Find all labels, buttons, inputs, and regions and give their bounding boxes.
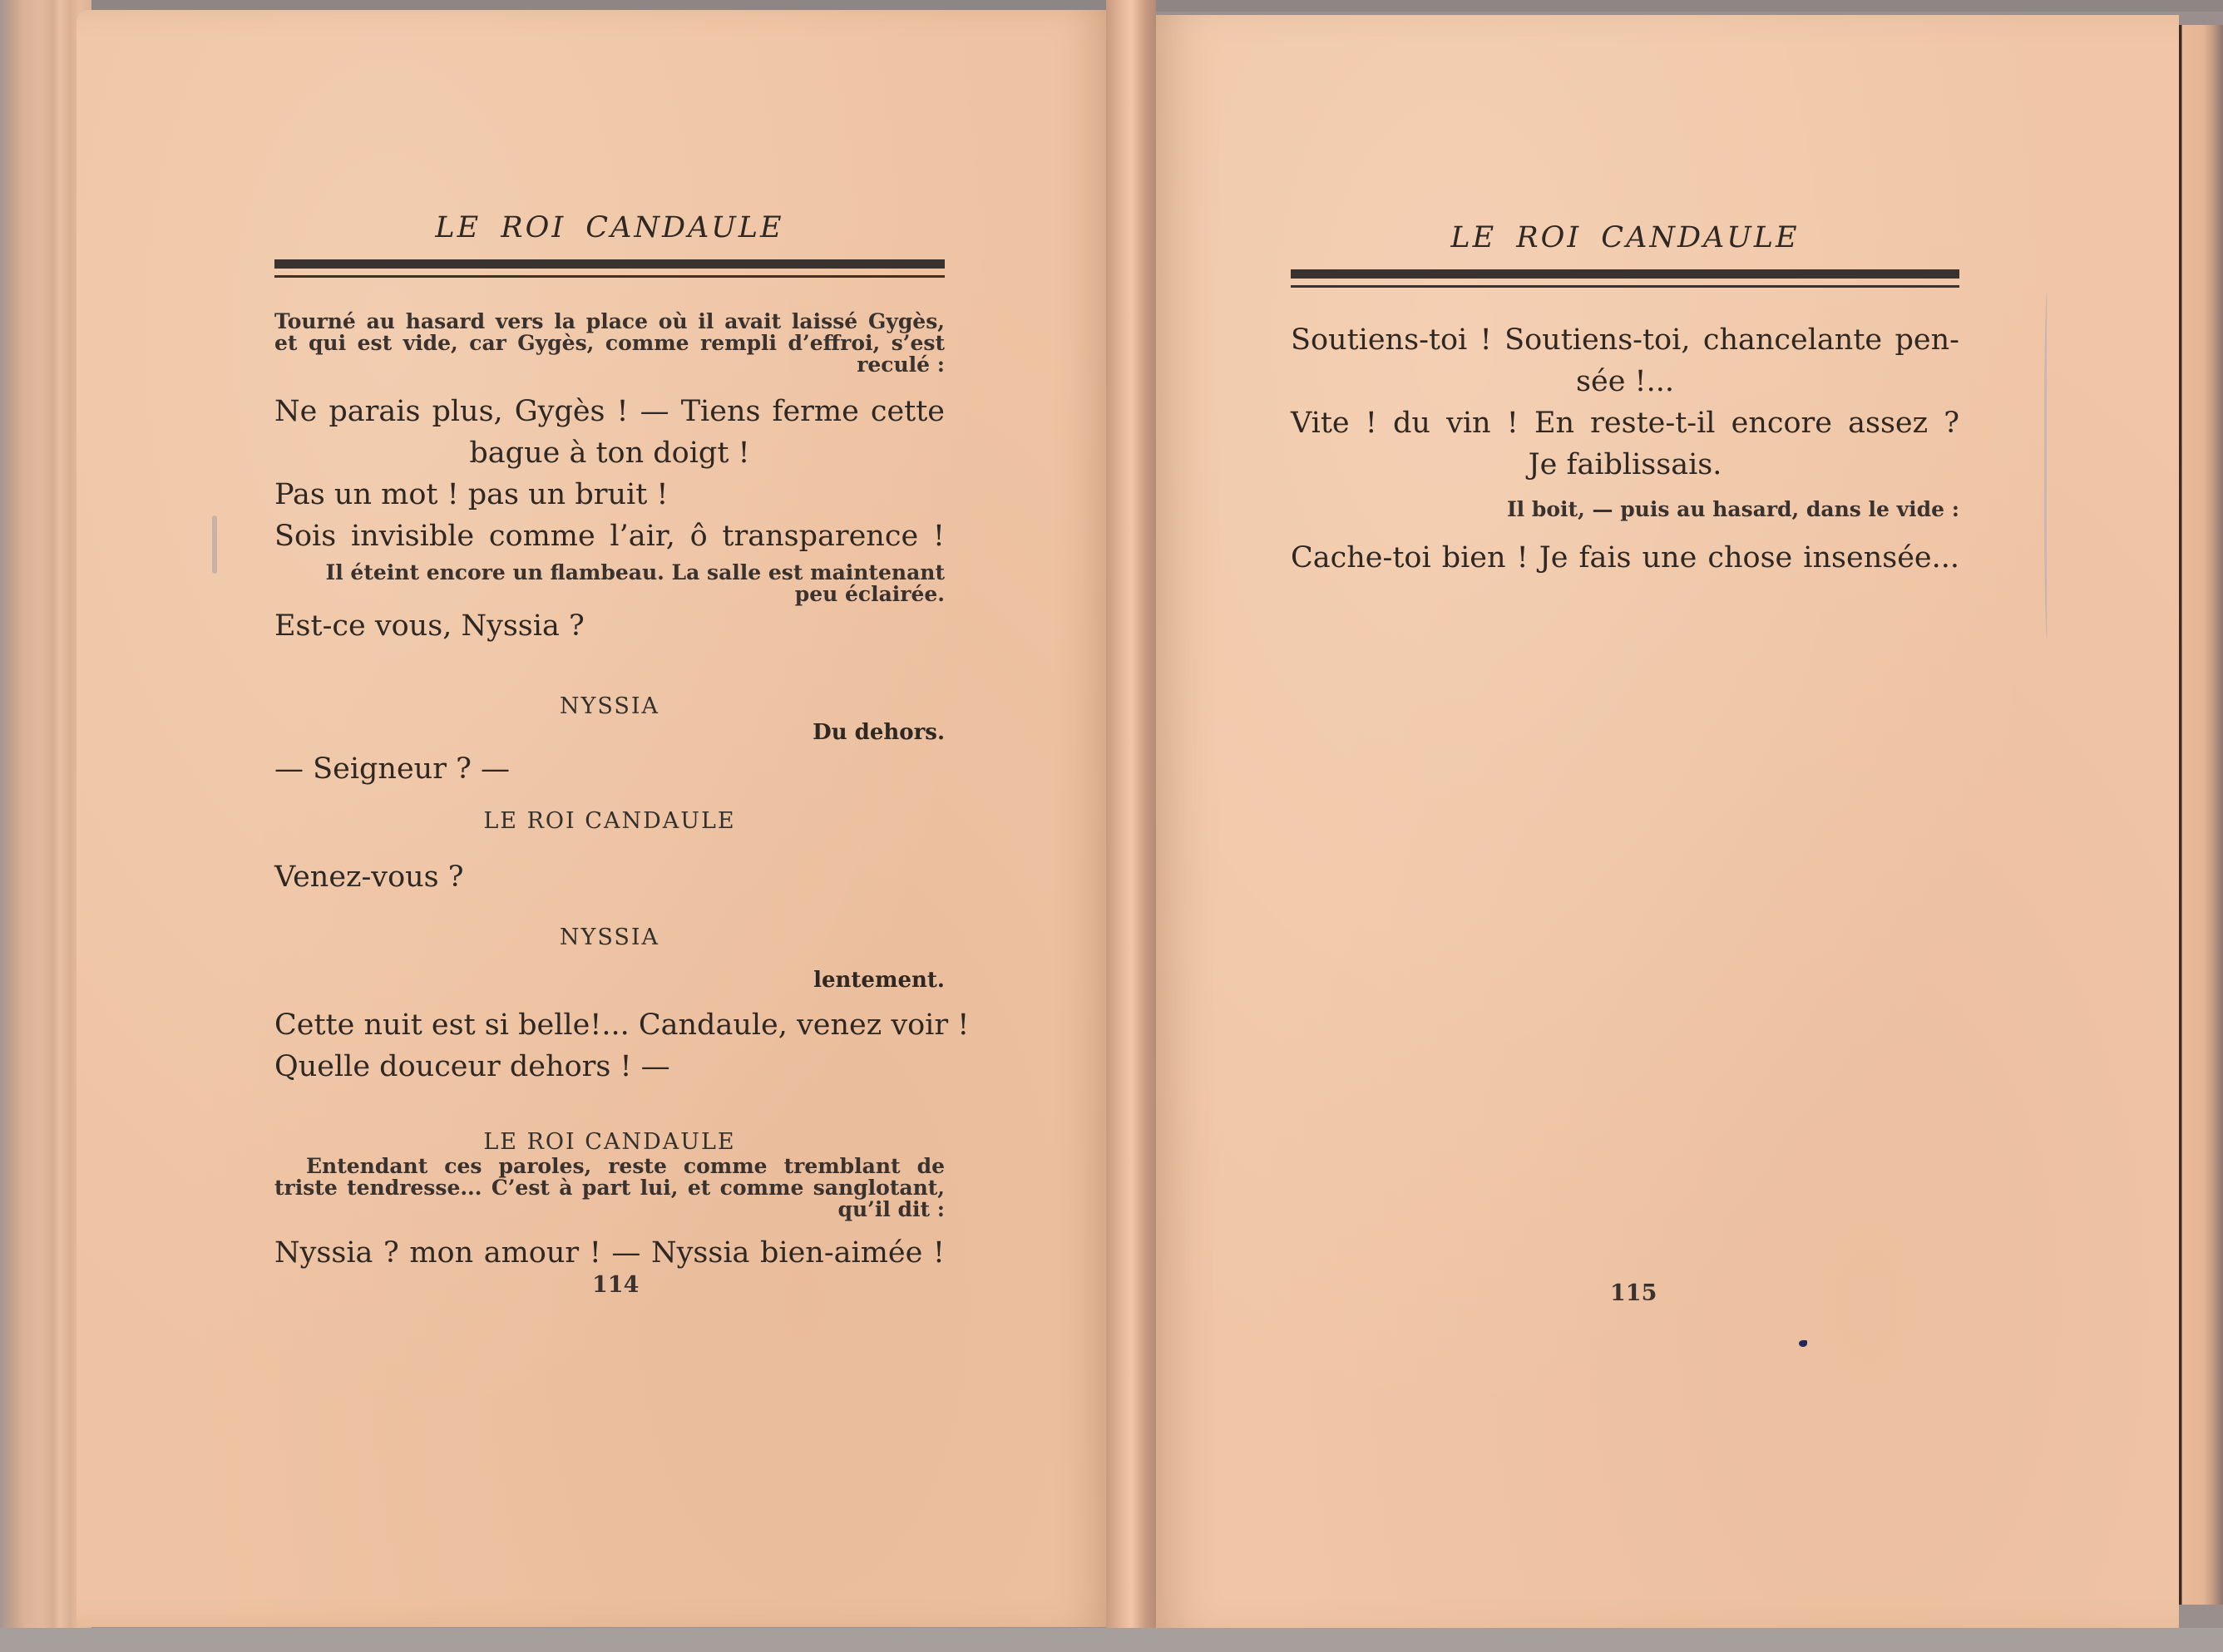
stage-direction: Il éteint encore un flambeau. La salle e… [274, 562, 945, 605]
stage-direction: Entendant ces paroles, reste comme tremb… [274, 1156, 945, 1221]
verse-line: Sois invisible comme l’air, ô transparen… [274, 515, 945, 557]
header-rule-thick [1291, 269, 1959, 279]
header-rule-thick [274, 259, 945, 269]
pencil-mark-left [212, 515, 217, 574]
verse-line-continuation: bague à ton doigt ! [274, 432, 945, 474]
stage-direction: Tourné au hasard vers la place où il ava… [274, 311, 945, 376]
page-number: 115 [1610, 1280, 1657, 1306]
page-stack-edges-right [2179, 25, 2223, 1605]
stage-direction: Il boit, — puis au hasard, dans le vide … [1291, 499, 1959, 520]
verse-line: Soutiens-toi ! Soutiens-toi, chancelante… [1291, 319, 1959, 361]
running-head: LE ROI CANDAULE [1291, 218, 1959, 258]
right-page-text: LE ROI CANDAULE Soutiens-toi ! Soutiens-… [1291, 218, 1959, 579]
stage-direction: Du dehors. [274, 720, 945, 745]
scan-background-bottom [0, 1628, 2223, 1652]
left-page-text: LE ROI CANDAULE Tourné au hasard vers la… [274, 208, 945, 1274]
verse-line: Vite ! du vin ! En reste-t-il encore ass… [1291, 402, 1959, 444]
verse-line: Venez-vous ? [274, 856, 945, 898]
verse-line: Cette nuit est si belle!... Candaule, ve… [274, 1004, 945, 1046]
verse-line: Cache-toi bien ! Je fais une chose insen… [1291, 537, 1959, 579]
verse-line: Quelle douceur dehors ! — [274, 1046, 945, 1087]
verse-line-continuation: sée !... [1291, 361, 1959, 402]
header-rule-thin [274, 275, 945, 278]
speaker-name: NYSSIA [274, 693, 945, 720]
book-gutter [1106, 0, 1156, 1652]
pencil-mark-right [2044, 291, 2052, 640]
verse-line-continuation: Je faiblissais. [1291, 444, 1959, 486]
ink-spot [1799, 1340, 1807, 1347]
speaker-name: LE ROI CANDAULE [274, 1129, 945, 1156]
verse-line: Pas un mot ! pas un bruit ! [274, 474, 945, 515]
verse-line: — Seigneur ? — [274, 748, 945, 790]
verse-line: Ne parais plus, Gygès ! — Tiens ferme ce… [274, 391, 945, 432]
page-number: 114 [592, 1272, 639, 1298]
running-head: LE ROI CANDAULE [274, 208, 945, 248]
stage-direction: lentement. [274, 968, 945, 993]
verse-line: Nyssia ? mon amour ! — Nyssia bien-aimée… [274, 1232, 945, 1274]
speaker-name: LE ROI CANDAULE [274, 808, 945, 835]
speaker-name: NYSSIA [274, 925, 945, 951]
header-rule-thin [1291, 285, 1959, 288]
verse-line: Est-ce vous, Nyssia ? [274, 605, 945, 647]
